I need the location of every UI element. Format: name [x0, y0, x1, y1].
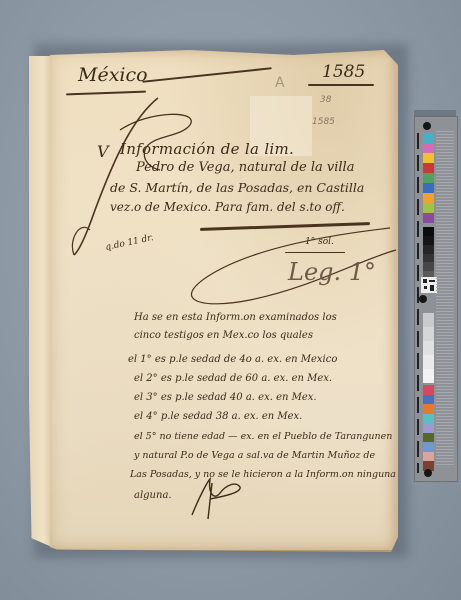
color-patch [423, 355, 434, 369]
body-line-6: el 4° p.le sedad 38 a. ex. en Mex. [134, 411, 302, 422]
registration-dot-icon [419, 295, 427, 303]
body-line-8: y natural P.o de Vega a sal.va de Martin… [134, 450, 375, 461]
title-line-4: vez.o de Mexico. Para fam. del s.to off. [110, 200, 345, 214]
marginal-mark: V [97, 142, 109, 161]
color-patch [423, 183, 434, 193]
color-patch [423, 452, 434, 462]
body-line-5: el 3° es p.le sedad 40 a. ex. en Mex. [134, 392, 317, 403]
color-patch [423, 163, 434, 173]
body-line-3: el 1° es p.le sedad de 4o a. ex. en Mexi… [128, 354, 337, 365]
color-patch [423, 173, 434, 183]
registration-dot-icon [424, 469, 432, 477]
body-line-9: Las Posadas, y no se le hicieron a la In… [130, 469, 396, 480]
color-calibration-card [414, 116, 458, 482]
manuscript-page: México 1585 A 38 1585 V Información de l… [50, 50, 398, 552]
scale-ruler [417, 133, 419, 473]
body-line-1: Ha se en esta Inform.on examinados los [134, 312, 337, 323]
header-place: México [78, 64, 148, 86]
color-patch [423, 213, 434, 223]
color-patch [423, 313, 434, 327]
color-patch [423, 133, 434, 143]
title-line-3: de S. Martín, de las Posadas, en Castill… [110, 180, 364, 195]
title-line-2: Pedro de Vega, natural de la villa [136, 160, 354, 175]
color-patch [423, 442, 434, 452]
pencil-year: 1585 [312, 117, 335, 127]
color-patch [423, 423, 434, 433]
color-patch [423, 236, 434, 245]
header-year: 1585 [322, 62, 365, 82]
color-patch [423, 414, 434, 424]
patch-legend [436, 131, 454, 466]
color-patch [423, 143, 434, 153]
color-patch [423, 395, 434, 405]
header-year-rule [308, 84, 374, 86]
archive-letter: A [275, 75, 285, 91]
registration-dot-icon [423, 122, 431, 130]
body-line-2: cinco testigos en Mex.co los quales [134, 330, 313, 341]
folio-note: 1° sol. [305, 237, 334, 247]
body-line-7: el 5° no tiene edad — ex. en el Pueblo d… [134, 431, 392, 442]
color-patch [423, 404, 434, 414]
color-patch [423, 369, 434, 383]
card-label [421, 277, 437, 293]
color-patch [423, 193, 434, 203]
color-patch [423, 227, 434, 236]
color-patch [423, 327, 434, 341]
body-line-10: alguna. [134, 490, 172, 501]
margin-annotation-right: Leg. 1° [288, 258, 376, 286]
pencil-number: 38 [320, 95, 331, 105]
folio-note-rule [285, 252, 345, 253]
color-patch [423, 262, 434, 271]
color-patch [423, 385, 434, 395]
color-patches-lower [423, 385, 434, 471]
color-patch [423, 203, 434, 213]
body-line-4: el 2° es p.le sedad de 60 a. ex. en Mex. [134, 373, 332, 384]
color-patch [423, 341, 434, 355]
white-patches [423, 313, 434, 383]
color-patches-upper [423, 133, 434, 223]
signature-rubric-icon [180, 475, 260, 520]
color-patch [423, 245, 434, 254]
header-swash [142, 67, 271, 82]
title-line-1: Información de la lim. [120, 140, 294, 158]
color-patch [423, 433, 434, 443]
color-patch [423, 153, 434, 163]
color-patch [423, 254, 434, 263]
